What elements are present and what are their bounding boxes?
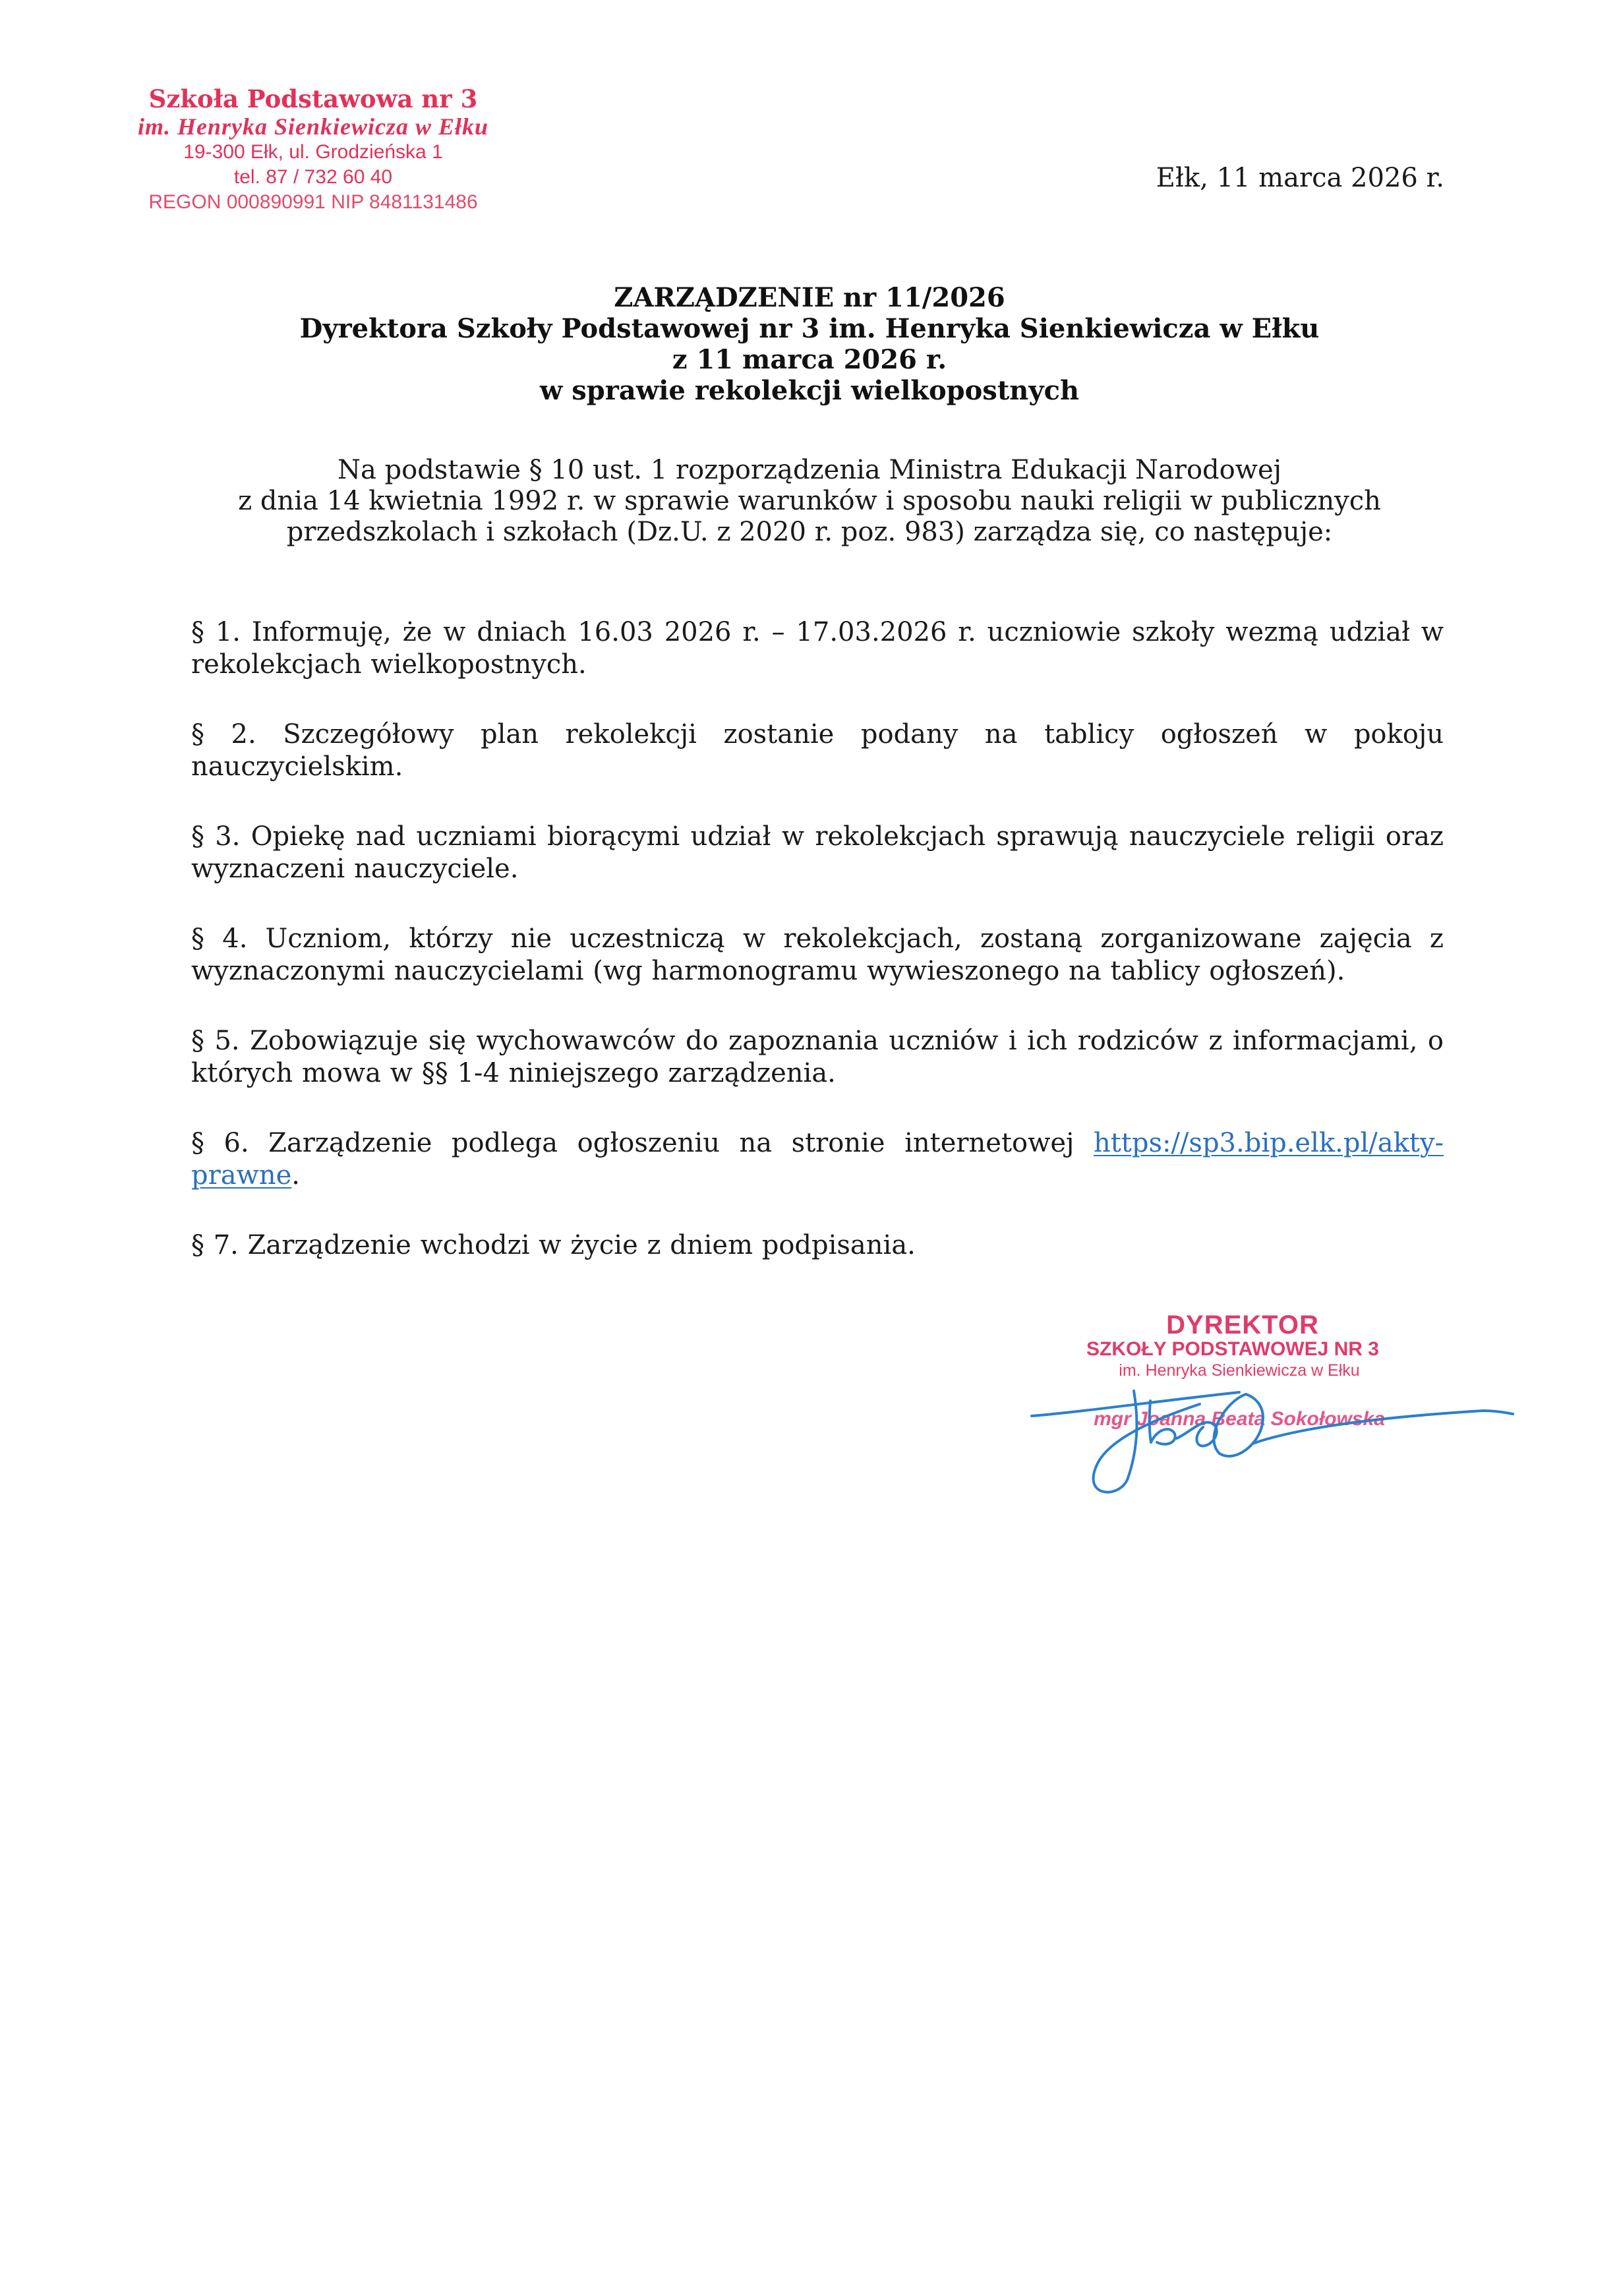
paragraph-7: § 7. Zarządzenie wchodzi w życie z dniem… — [191, 1229, 1444, 1262]
director-patron: im. Henryka Sienkiewicza w Ełku — [1048, 1361, 1417, 1380]
legal-basis-line: Na podstawie § 10 ust. 1 rozporządzenia … — [0, 455, 1619, 486]
paragraph-2: § 2. Szczegółowy plan rekolekcji zostani… — [191, 719, 1444, 783]
paragraph-5: § 5. Zobowiązuje się wychowawców do zapo… — [191, 1025, 1444, 1090]
school-phone: tel. 87 / 732 60 40 — [99, 165, 527, 190]
school-patron: im. Henryka Sienkiewicza w Ełku — [99, 113, 527, 140]
director-school: SZKOŁY PODSTAWOWEJ NR 3 — [1048, 1338, 1417, 1361]
paragraph-6-end: . — [291, 1160, 300, 1191]
paragraph-1: § 1. Informuję, że w dniach 16.03 2026 r… — [191, 616, 1444, 681]
title-issuer: Dyrektora Szkoły Podstawowej nr 3 im. He… — [0, 313, 1619, 344]
place-date: Ełk, 11 marca 2026 r. — [1156, 162, 1444, 194]
legal-basis: Na podstawie § 10 ust. 1 rozporządzenia … — [0, 455, 1619, 548]
paragraph-6-text: § 6. Zarządzenie podlega ogłoszeniu na s… — [191, 1128, 1094, 1158]
director-title: DYREKTOR — [1048, 1312, 1417, 1338]
director-name: mgr Joanna Beata Sokołowska — [1048, 1408, 1417, 1430]
legal-basis-line: z dnia 14 kwietnia 1992 r. w sprawie war… — [0, 486, 1619, 517]
school-name: Szkoła Podstawowa nr 3 — [99, 84, 527, 113]
director-stamp: DYREKTOR SZKOŁY PODSTAWOWEJ NR 3 im. Hen… — [1048, 1312, 1417, 1430]
paragraph-6: § 6. Zarządzenie podlega ogłoszeniu na s… — [191, 1127, 1444, 1192]
title-ordinance-number: ZARZĄDZENIE nr 11/2026 — [0, 282, 1619, 313]
school-registry-numbers: REGON 000890991 NIP 8481131486 — [99, 190, 527, 215]
school-address: 19-300 Ełk, ul. Grodzieńska 1 — [99, 140, 527, 165]
title-subject: w sprawie rekolekcji wielkopostnych — [0, 375, 1619, 406]
paragraph-3: § 3. Opiekę nad uczniami biorącymi udzia… — [191, 821, 1444, 885]
ordinance-paragraphs: § 1. Informuję, że w dniach 16.03 2026 r… — [191, 616, 1444, 1299]
school-header-stamp: Szkoła Podstawowa nr 3 im. Henryka Sienk… — [99, 84, 527, 215]
document-title: ZARZĄDZENIE nr 11/2026 Dyrektora Szkoły … — [0, 282, 1619, 406]
title-date: z 11 marca 2026 r. — [0, 344, 1619, 375]
paragraph-4: § 4. Uczniom, którzy nie uczestniczą w r… — [191, 923, 1444, 987]
legal-basis-line: przedszkolach i szkołach (Dz.U. z 2020 r… — [0, 517, 1619, 548]
document-page: Szkoła Podstawowa nr 3 im. Henryka Sienk… — [0, 0, 1619, 2296]
